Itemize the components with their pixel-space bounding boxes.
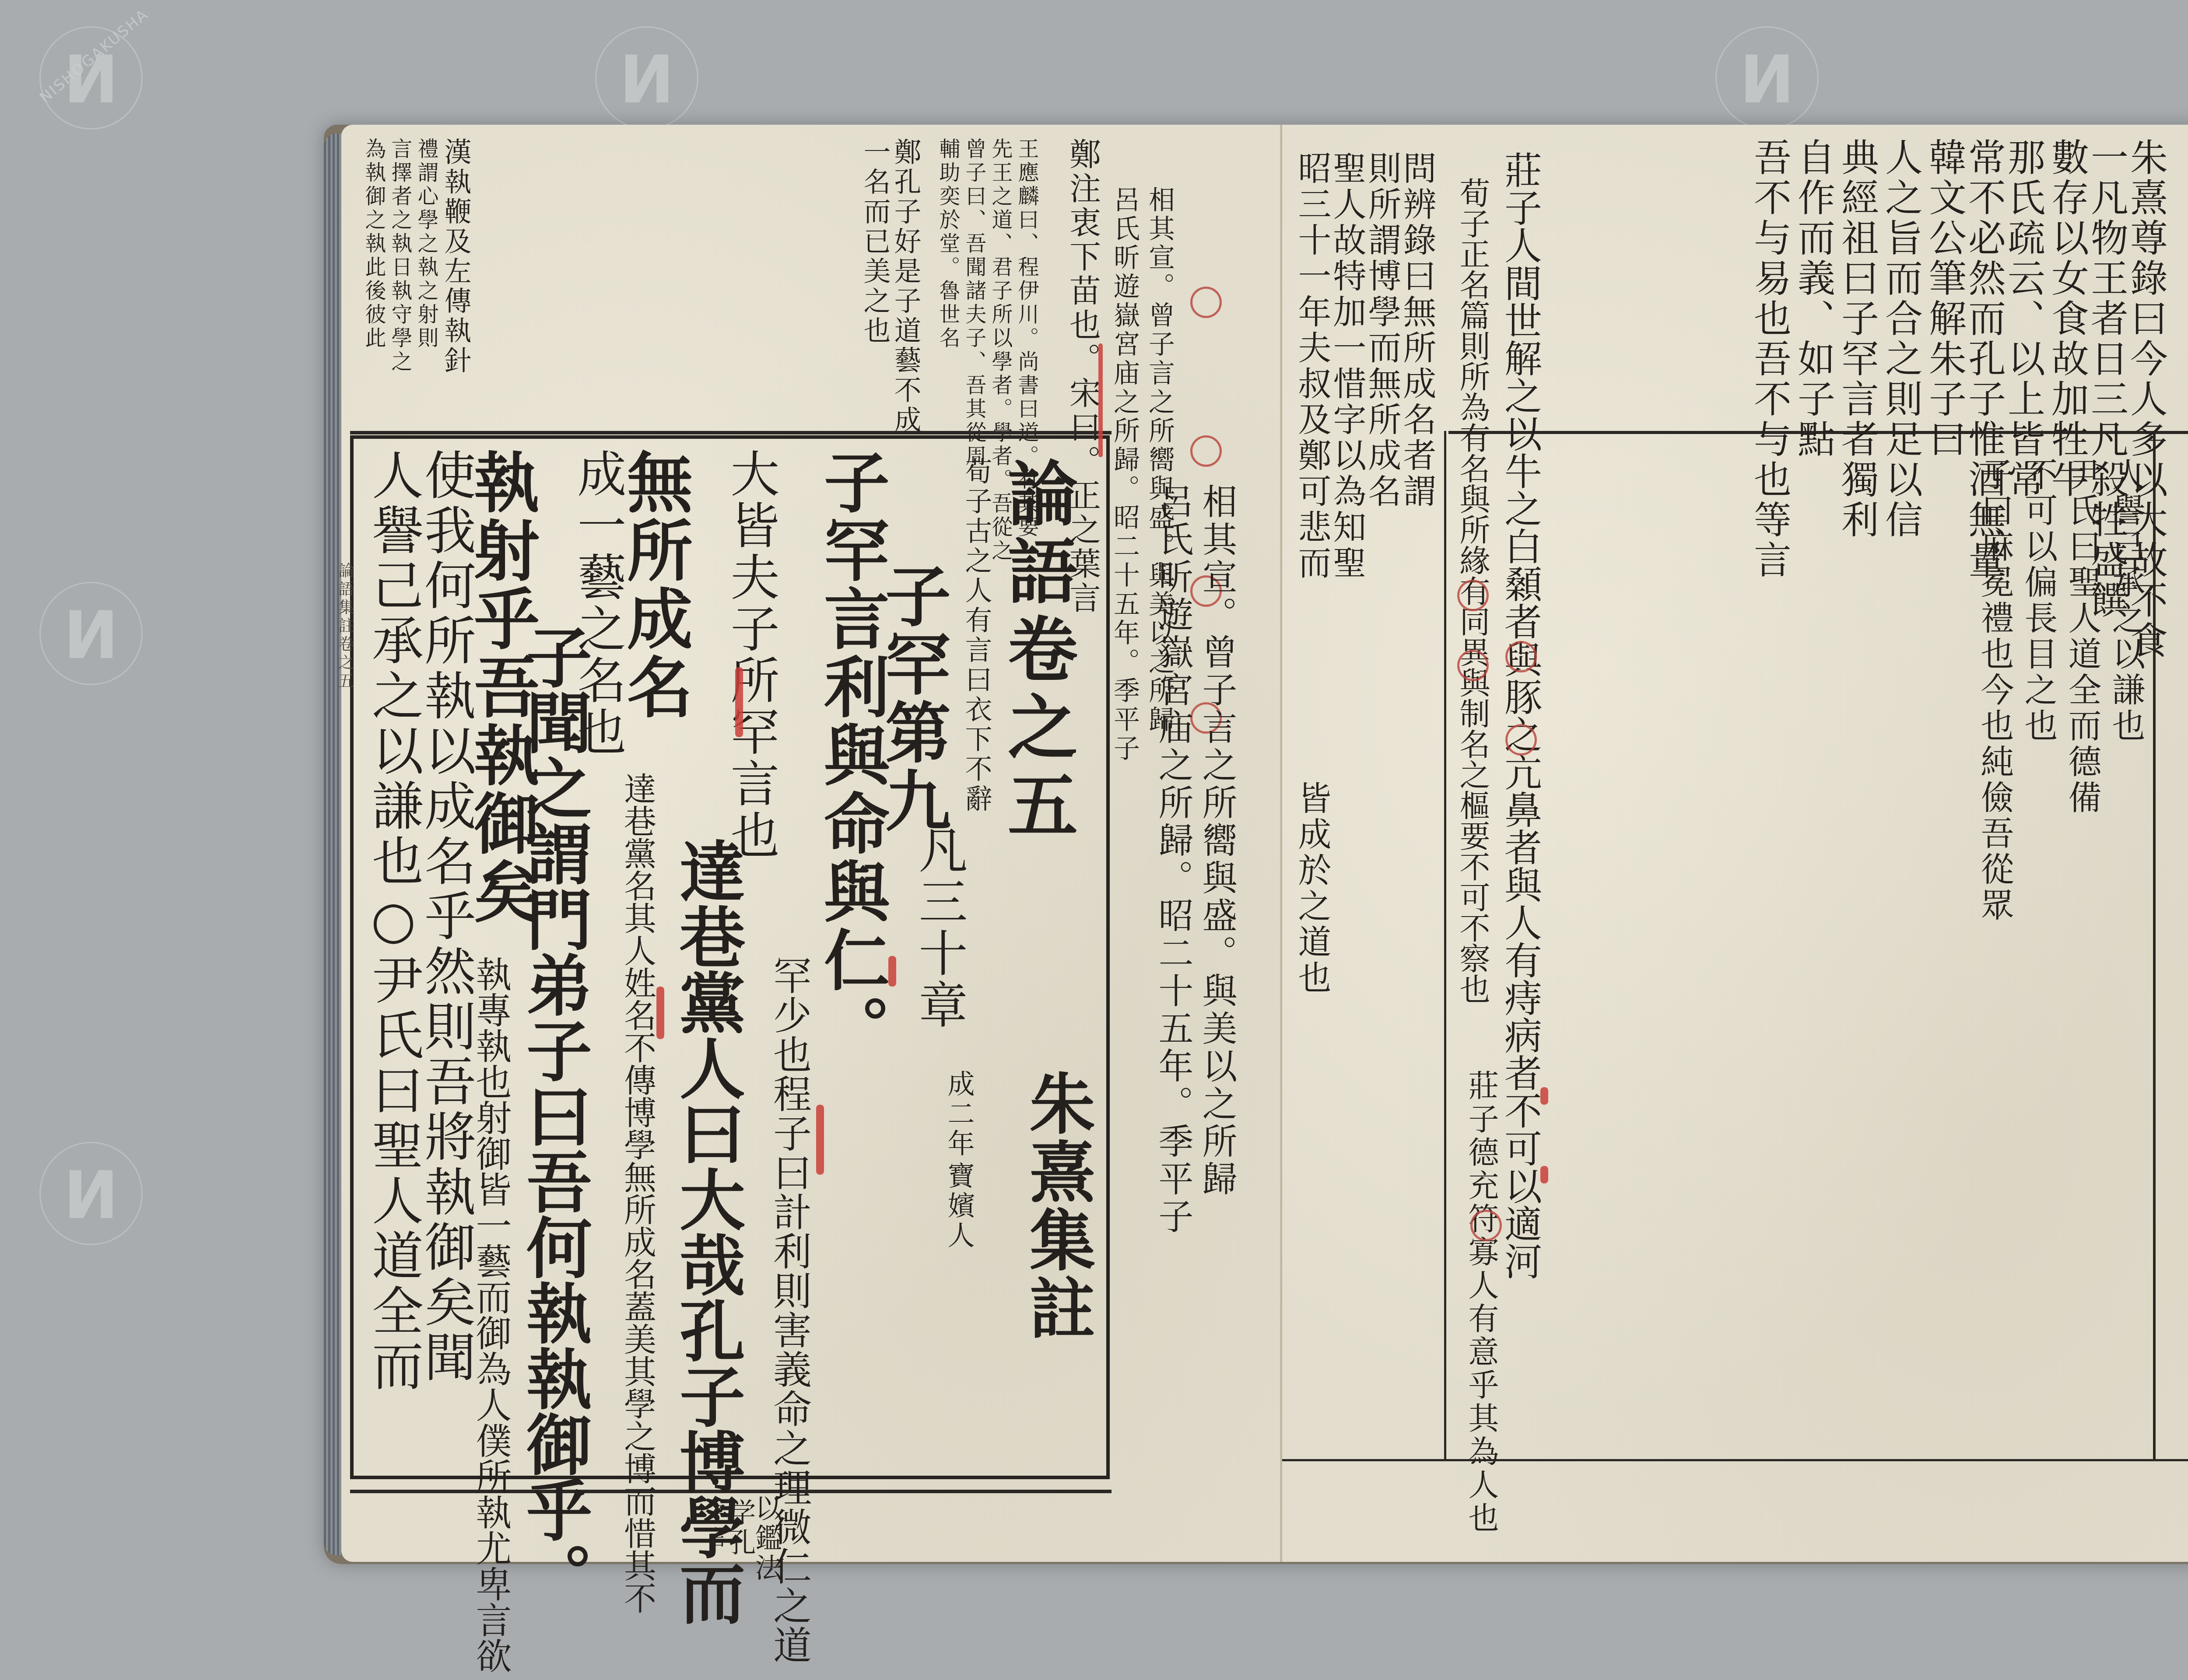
commentary-column: 人譽己承之以謙也○尹氏曰聖人道全而	[368, 448, 419, 1394]
watermark-logo: И	[39, 582, 143, 685]
red-circle-mark	[1190, 287, 1222, 318]
outer-note-column: 相其宣。曾子言之所嚮與盛。與美以之所歸	[1199, 483, 1234, 1198]
red-annotation-mark	[1540, 1166, 1548, 1183]
red-circle-mark	[1190, 435, 1222, 467]
header-note: 吾不与易也吾不与也等言	[1750, 138, 1788, 581]
red-circle-mark	[1457, 650, 1489, 681]
watermark-logo: И	[1715, 26, 1819, 129]
red-annotation-mark	[1540, 1087, 1548, 1105]
header-note: 呂氏昕遊嶽宮庙之所歸。昭二十五年。季平子	[1112, 186, 1138, 763]
commentary-column: 大皆夫子所罕言也	[726, 448, 775, 861]
main-text-column: 無所成名	[621, 448, 687, 721]
header-note: 自作而義、如子點	[1794, 138, 1832, 460]
body-column: 聖人故特加一惜字以為知聖	[1330, 151, 1364, 581]
main-text-column: 子罕言利與命與仁。	[818, 448, 884, 1063]
margin-note: 子言	[705, 1503, 726, 1550]
open-book: 鄭注衷下苗也。宋曰。正之葉言 呂氏昕遊嶽宮庙之所歸。昭二十五年。季平子 相其宣。…	[324, 125, 2188, 1564]
body-column: 問辨錄曰無所成名者謂	[1400, 151, 1434, 510]
nishogakusha-logo-icon: И	[63, 1158, 119, 1234]
margin-note: 以鑑法	[753, 1494, 780, 1583]
body-column: 莊子德充符寡人有意乎其為人也	[1466, 1070, 1497, 1535]
side-gloss: 成二年	[945, 1070, 972, 1159]
header-divider	[350, 431, 1112, 434]
lower-note: 尹氏曰聖人道全而德備	[2065, 457, 2099, 816]
watermark-logo: И	[39, 1142, 143, 1245]
title-gloss: 荀子古之人有言曰衣下不辭	[963, 457, 990, 814]
commentary-column: 達巷黨名其人姓名不傳博學無所成名蓋美其學之博而惜其不	[621, 772, 654, 1614]
frame-left-rule	[1444, 431, 1446, 1459]
red-annotation-mark	[735, 667, 743, 737]
book-left-edge	[324, 133, 344, 1555]
lower-note: 人譽己承之以謙也	[2109, 457, 2142, 744]
header-note: 典經祖曰子罕言者獨利	[1838, 138, 1876, 540]
right-page: 朱熹尊錄曰今人多以大故不食 一凡物王者日三凡殺牲盛饌 數存以女食故加牲牛 那氏疏…	[1282, 125, 2188, 1562]
red-annotation-mark	[816, 1105, 824, 1175]
frame-bottom-rule	[1282, 1459, 2188, 1461]
header-note: 言擇者之執日執守學之	[389, 138, 410, 374]
header-note: 禮謂心學之執之射則	[416, 138, 437, 350]
edge-volume-label: 論語集註卷之五	[337, 562, 353, 691]
main-text-column: 執射乎吾執御矣	[468, 448, 534, 926]
lower-note: 不可以偏長目之也	[2022, 457, 2055, 744]
red-circle-mark	[1505, 724, 1537, 756]
body-column: 昭三十一年夫叔及鄭可悲而	[1295, 151, 1329, 581]
commentary-column: 使我何所執以成名乎然則吾將執御矣聞	[420, 448, 472, 1386]
header-note: 韓文公筆解朱子曰	[1925, 138, 1963, 460]
outer-note-column: 呂氏昕遊嶽宮庙之所歸。昭二十五年。季平子	[1155, 483, 1190, 1236]
red-annotation-mark	[1098, 343, 1103, 457]
red-annotation-mark	[888, 956, 896, 987]
header-note: 一名而已美之也	[861, 138, 888, 346]
margin-note: 学孔	[726, 1498, 754, 1558]
nishogakusha-logo-icon: И	[1739, 42, 1795, 118]
header-note: 鄭孔子好是子道藝不成	[892, 138, 919, 435]
body-column: 則所謂博學而無所成名	[1365, 151, 1399, 510]
red-annotation-mark	[656, 987, 664, 1039]
header-note: 那氏疏云、以上皆常	[2004, 138, 2042, 500]
red-circle-mark	[1470, 1210, 1502, 1241]
body-column: 皆成於之道也	[1295, 781, 1329, 996]
header-note: 數存以女食故加牲牛	[2048, 138, 2086, 500]
body-column: 莊子人間世解之以牛之白顙者與豚之亢鼻者與人有痔病者不可以適河	[1501, 151, 1539, 1280]
header-note: 曾子曰、吾聞諸夫子、吾其從周	[964, 138, 985, 469]
header-note: 人之旨而合之則足以信	[1882, 138, 1919, 540]
header-note: 漢執鞭及左傳執針	[442, 138, 469, 376]
left-page: 鄭注衷下苗也。宋曰。正之葉言 呂氏昕遊嶽宮庙之所歸。昭二十五年。季平子 相其宣。…	[341, 125, 1282, 1562]
header-note: 輔助奕於堂。魯世名	[937, 138, 958, 350]
nishogakusha-logo-icon: И	[619, 42, 674, 118]
side-gloss: 寶嬪人	[945, 1162, 972, 1251]
red-circle-mark	[1457, 580, 1489, 611]
commentary-column: 執專執也射御皆一藝而御為人僕所執尤卑言欲	[473, 956, 508, 1673]
commentator: 朱熹集註	[1024, 1070, 1090, 1343]
watermark-logo: И	[595, 26, 698, 129]
header-note: 為執御之執此後彼此	[363, 138, 384, 350]
volume-title: 論語卷之五	[1002, 457, 1072, 847]
chapter-count: 凡三十章	[915, 825, 964, 1031]
nishogakusha-logo-icon: И	[63, 598, 119, 674]
lower-note: 子曰麻冕禮也今也純儉吾從眾	[1978, 457, 2011, 924]
watermark-logo: И NISHOGAKUSHA	[39, 26, 143, 129]
red-circle-mark	[1505, 641, 1537, 672]
